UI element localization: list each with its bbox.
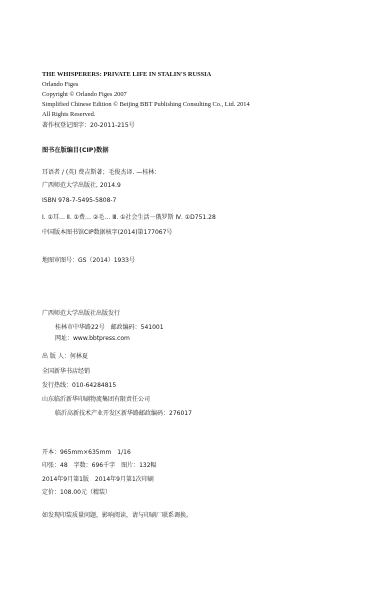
edition-line: Simplified Chinese Edition © Beijing BBT… [42, 102, 250, 108]
price: 定价：108.00元（精装） [42, 490, 111, 496]
classification: Ⅰ. ①耳… Ⅱ. ①费… ②毛… Ⅲ. ①社会生活－俄罗斯 Ⅳ. ①D751.… [42, 215, 216, 221]
book-author: Orlando Figes [42, 82, 78, 88]
publisher-person: 出 版 人：何林夏 [42, 354, 88, 360]
book-sheets: 印张：48 字数：696千字 图片：132幅 [42, 463, 157, 469]
printer-name: 山东临沂新华印刷物流集团有限责任公司 [42, 397, 150, 403]
rights-line: All Rights Reserved. [42, 112, 95, 118]
registration-number: 著作权登记图字：20-2011-215号 [42, 123, 135, 129]
cip-line-1: 耳语者 / (英) 费吉斯著；毛俊杰译. —桂林： [42, 170, 160, 176]
book-title: THE WHISPERERS: PRIVATE LIFE IN STALIN'S… [42, 72, 211, 78]
publisher-address: 桂林市中华路22号 邮政编码：541001 [55, 325, 164, 331]
printer-address: 临沂高新技术产业开发区新华路邮政编码：276017 [55, 411, 192, 417]
cip-number: 中国版本图书馆CIP数据核字(2014)第177067号 [42, 230, 172, 236]
isbn: ISBN 978-7-5495-5808-7 [42, 198, 116, 204]
publisher-website: 网址：www.bbtpress.com [55, 336, 130, 342]
map-review-number: 地图审图号：GS（2014）1933号 [42, 258, 135, 264]
copyright-line: Copyright © Orlando Figes 2007 [42, 92, 127, 98]
cip-heading: 图书在版编目(CIP)数据 [42, 148, 109, 154]
hotline: 发行热线：010-64284815 [42, 383, 116, 389]
edition-printing: 2014年9月第1版 2014年9月第1次印刷 [42, 477, 154, 483]
publisher-name: 广西师范大学出版社出版发行 [42, 311, 120, 317]
book-format: 开本：965mm×635mm 1/16 [42, 450, 131, 456]
cip-line-2: 广西师范大学出版社, 2014.9 [42, 183, 121, 189]
distributor: 全国新华书店经销 [42, 369, 90, 375]
quality-notice: 如发现印装质量问题，影响阅读，请与印刷厂联系调换。 [42, 513, 192, 519]
